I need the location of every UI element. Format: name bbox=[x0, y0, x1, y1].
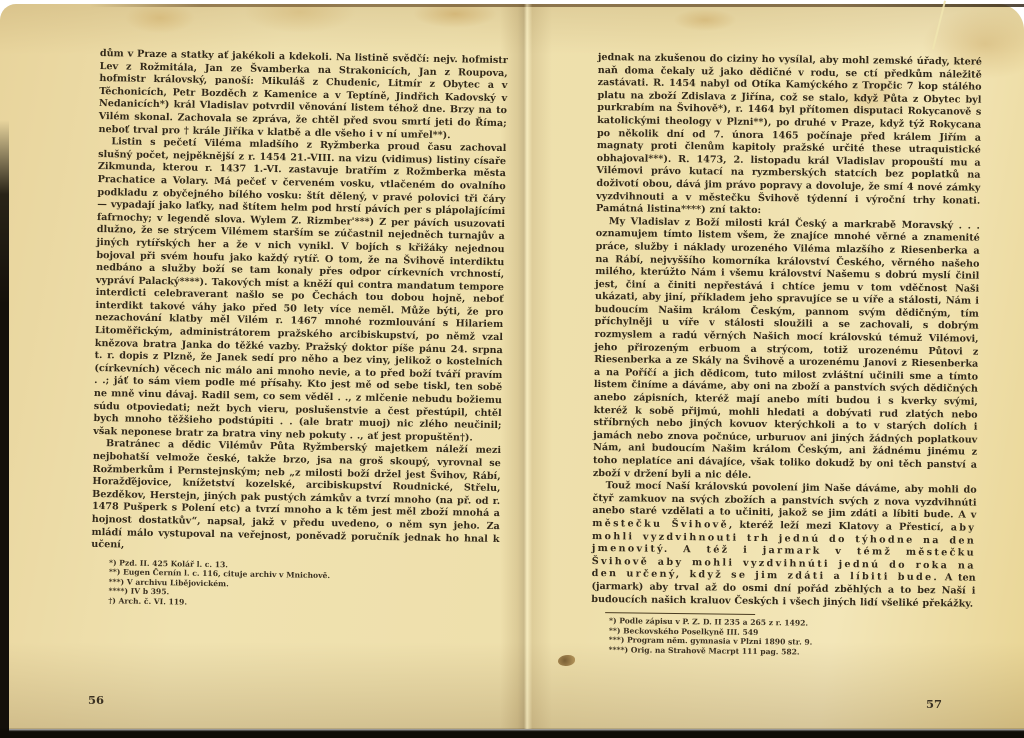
paragraph: My Vladislav z Boží milosti král Český a… bbox=[593, 216, 980, 485]
paragraph: dům v Praze a statky ať jakékoli a kdeko… bbox=[98, 48, 507, 143]
paragraph: Touž mocí Naší královskú povolení jim Na… bbox=[591, 480, 977, 611]
book-gutter-shadow bbox=[500, 4, 552, 729]
paragraph: Bratránec a dědic Vilémův Půta Ryžmbersk… bbox=[91, 438, 501, 558]
body-text: Listin s pečetí Viléma mladšího z Ryžmbe… bbox=[93, 136, 506, 443]
scan-edge-bottom bbox=[0, 728, 1024, 738]
scan-edge-left bbox=[0, 120, 9, 738]
paragraph: Listin s pečetí Viléma mladšího z Ryžmbe… bbox=[93, 136, 506, 445]
text-block: dům v Praze a statky ať jakékoli a kdeko… bbox=[91, 48, 508, 559]
page-right: jednak na zkušenou do ciziny ho vysílal,… bbox=[591, 52, 982, 659]
footnotes: *) Pzd. II. 425 Kolář l. c. 13.**) Eugen… bbox=[108, 558, 499, 612]
body-text: Bratránec a dědic Vilémův Půta Ryžmbersk… bbox=[91, 439, 501, 551]
body-text: , kteréž leží mezi Klatovy a Přesticí, bbox=[729, 520, 951, 534]
text-block: jednak na zkušenou do ciziny ho vysílal,… bbox=[591, 52, 982, 611]
book-scan: dům v Praze a statky ať jakékoli a kdeko… bbox=[0, 0, 1024, 738]
scan-edge-top bbox=[90, 4, 1024, 7]
paragraph: jednak na zkušenou do ciziny ho vysílal,… bbox=[596, 52, 982, 220]
body-text: Touž mocí Naší královskú povolení jim Na… bbox=[592, 480, 976, 521]
page-number: 56 bbox=[88, 693, 104, 707]
body-text: jednak na zkušenou do ciziny ho vysílal,… bbox=[596, 52, 982, 216]
body-text: My Vladislav z Boží milosti král Český a… bbox=[593, 216, 980, 481]
emphasized-text: městečku Švihově bbox=[592, 518, 729, 531]
page-left: dům v Praze a statky ať jakékoli a kdeko… bbox=[90, 48, 508, 612]
body-text: dům v Praze a statky ať jakékoli a kdeko… bbox=[98, 48, 507, 141]
page-number: 57 bbox=[926, 697, 942, 711]
footnotes: *) Podle zápisu v P. Z. D. II 235 a 265 … bbox=[609, 612, 975, 658]
